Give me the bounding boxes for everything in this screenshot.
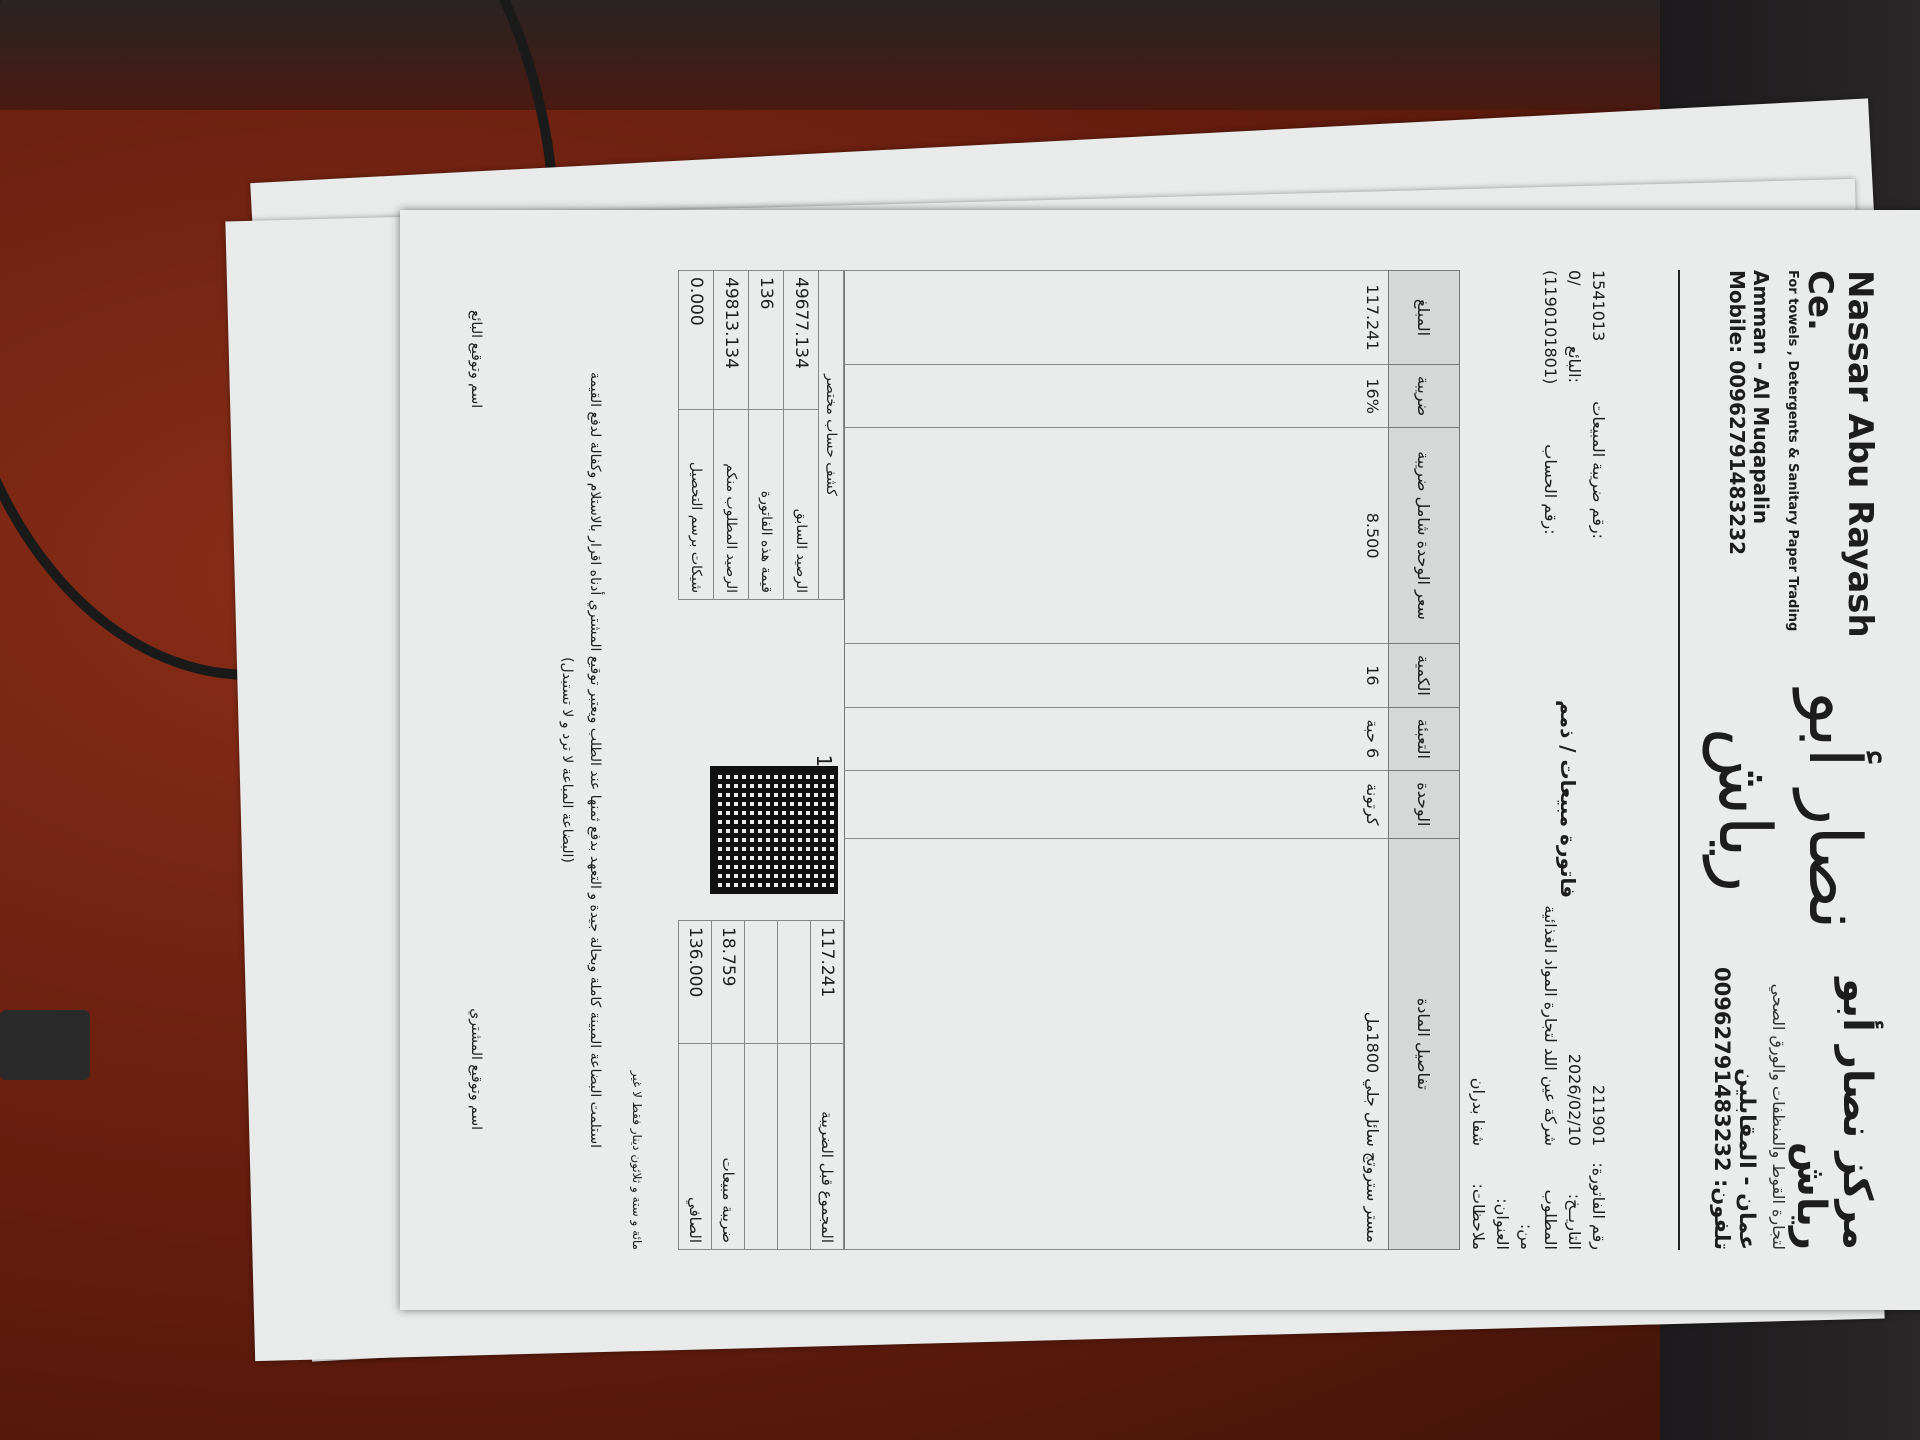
amount-in-words: مائة و ستة و ثلاثون دينار فقط لا غير (630, 1071, 644, 1250)
col-tax: ضريبة (1389, 365, 1460, 428)
items-table: تفاصيل المادة الوحدة التعبئة الكمية سعر … (844, 270, 1460, 1250)
totals-table: المجموع قبل الضريبة117.241 ضريبة مبيعات1… (678, 920, 844, 1250)
account-statement: كشف حساب مختصر الرصيد السابق49677.134 قي… (678, 270, 844, 600)
company-subtitle-ar: لتجارة القوط والمنظفات والورق الصحي (1769, 890, 1788, 1250)
company-name-en: Nassar Abu Rayash Ce. (1800, 270, 1880, 690)
invoice-notes: شفا بدران (1466, 1078, 1490, 1146)
company-subtitle-en: For towels , Detergents & Sanitary Paper… (1785, 270, 1800, 690)
invoice-details: رقم الفاتورة:211901 التاريــخ:2026/02/10… (1466, 905, 1610, 1250)
company-arabic: مركز نصار أبو رياش لتجارة القوط والمنظفا… (1710, 890, 1880, 1250)
terms: استلمت البضاعة المبينة كاملة وبحالة جيدة… (553, 270, 609, 1250)
binder-clip (0, 1010, 90, 1080)
header-divider (1678, 270, 1680, 1250)
balance-due: 49813.134 (714, 271, 749, 410)
col-pack: التعبئة (1389, 707, 1460, 770)
buyer-signature-label: اسم وتوقيع المشتري (468, 1008, 484, 1130)
table-row: مستر ستروتج سائل جلي 1800مل كرتونة 6 حبة… (1357, 271, 1389, 1250)
subtotal: 117.241 (811, 921, 844, 1044)
col-description: تفاصيل المادة (1389, 838, 1460, 1249)
company-phone-ar: تلفون: 00962791483232 (1710, 890, 1734, 1250)
col-unit-price: سعر الوحدة شامل ضريبة (1389, 428, 1460, 644)
customer-name: شركة عين اللد لتجارة المواد الغذائية (1514, 905, 1562, 1146)
previous-balance: 49677.134 (784, 271, 819, 410)
invoice-value: 136 (749, 271, 784, 410)
table-empty-space (845, 271, 1358, 1250)
calligraphy-logo: نصار أبو رياش (1680, 690, 1880, 930)
invoice-footer: المجموع قبل الضريبة117.241 ضريبة مبيعات1… (584, 270, 844, 1250)
sales-tax: 18.759 (712, 921, 745, 1044)
invoice-date: 2026/02/10 (1562, 1054, 1586, 1146)
qr-code-icon (714, 770, 834, 890)
company-location-ar: عمان - المقابلين (1734, 890, 1759, 1250)
col-unit: الوحدة (1389, 770, 1460, 838)
col-amount: المبلغ (1389, 271, 1460, 365)
seller-details: 1541013رقم ضريبة المبيعات: 0/البائع: (11… (1538, 270, 1610, 539)
company-mobile-en: Mobile: 00962791483232 (1725, 270, 1749, 690)
cheques-pending: 0.000 (679, 271, 714, 410)
company-english: Nassar Abu Rayash Ce. For towels , Deter… (1725, 270, 1880, 690)
invoice-meta: رقم الفاتورة:211901 التاريــخ:2026/02/10… (1460, 270, 1610, 1250)
col-qty: الكمية (1389, 643, 1460, 707)
tax-number: 1541013 (1586, 270, 1610, 341)
company-name-ar: مركز نصار أبو رياش (1788, 890, 1880, 1250)
account-number: (1190101801) (1538, 270, 1562, 384)
invoice-number: 211901 (1586, 1085, 1610, 1146)
seller-id: 0/ (1562, 270, 1586, 286)
invoice-header: مركز نصار أبو رياش لتجارة القوط والمنظفا… (1610, 270, 1880, 1250)
invoice-title: فاتورة مبيعات / ذمم (1556, 700, 1580, 898)
seller-signature-label: اسم وتوقيع البائع (468, 310, 484, 408)
invoice-sheet: مركز نصار أبو رياش لتجارة القوط والمنظفا… (400, 210, 1920, 1310)
company-location-en: Amman - Al Muqapalin (1749, 270, 1773, 690)
net-total: 136.000 (679, 921, 712, 1044)
